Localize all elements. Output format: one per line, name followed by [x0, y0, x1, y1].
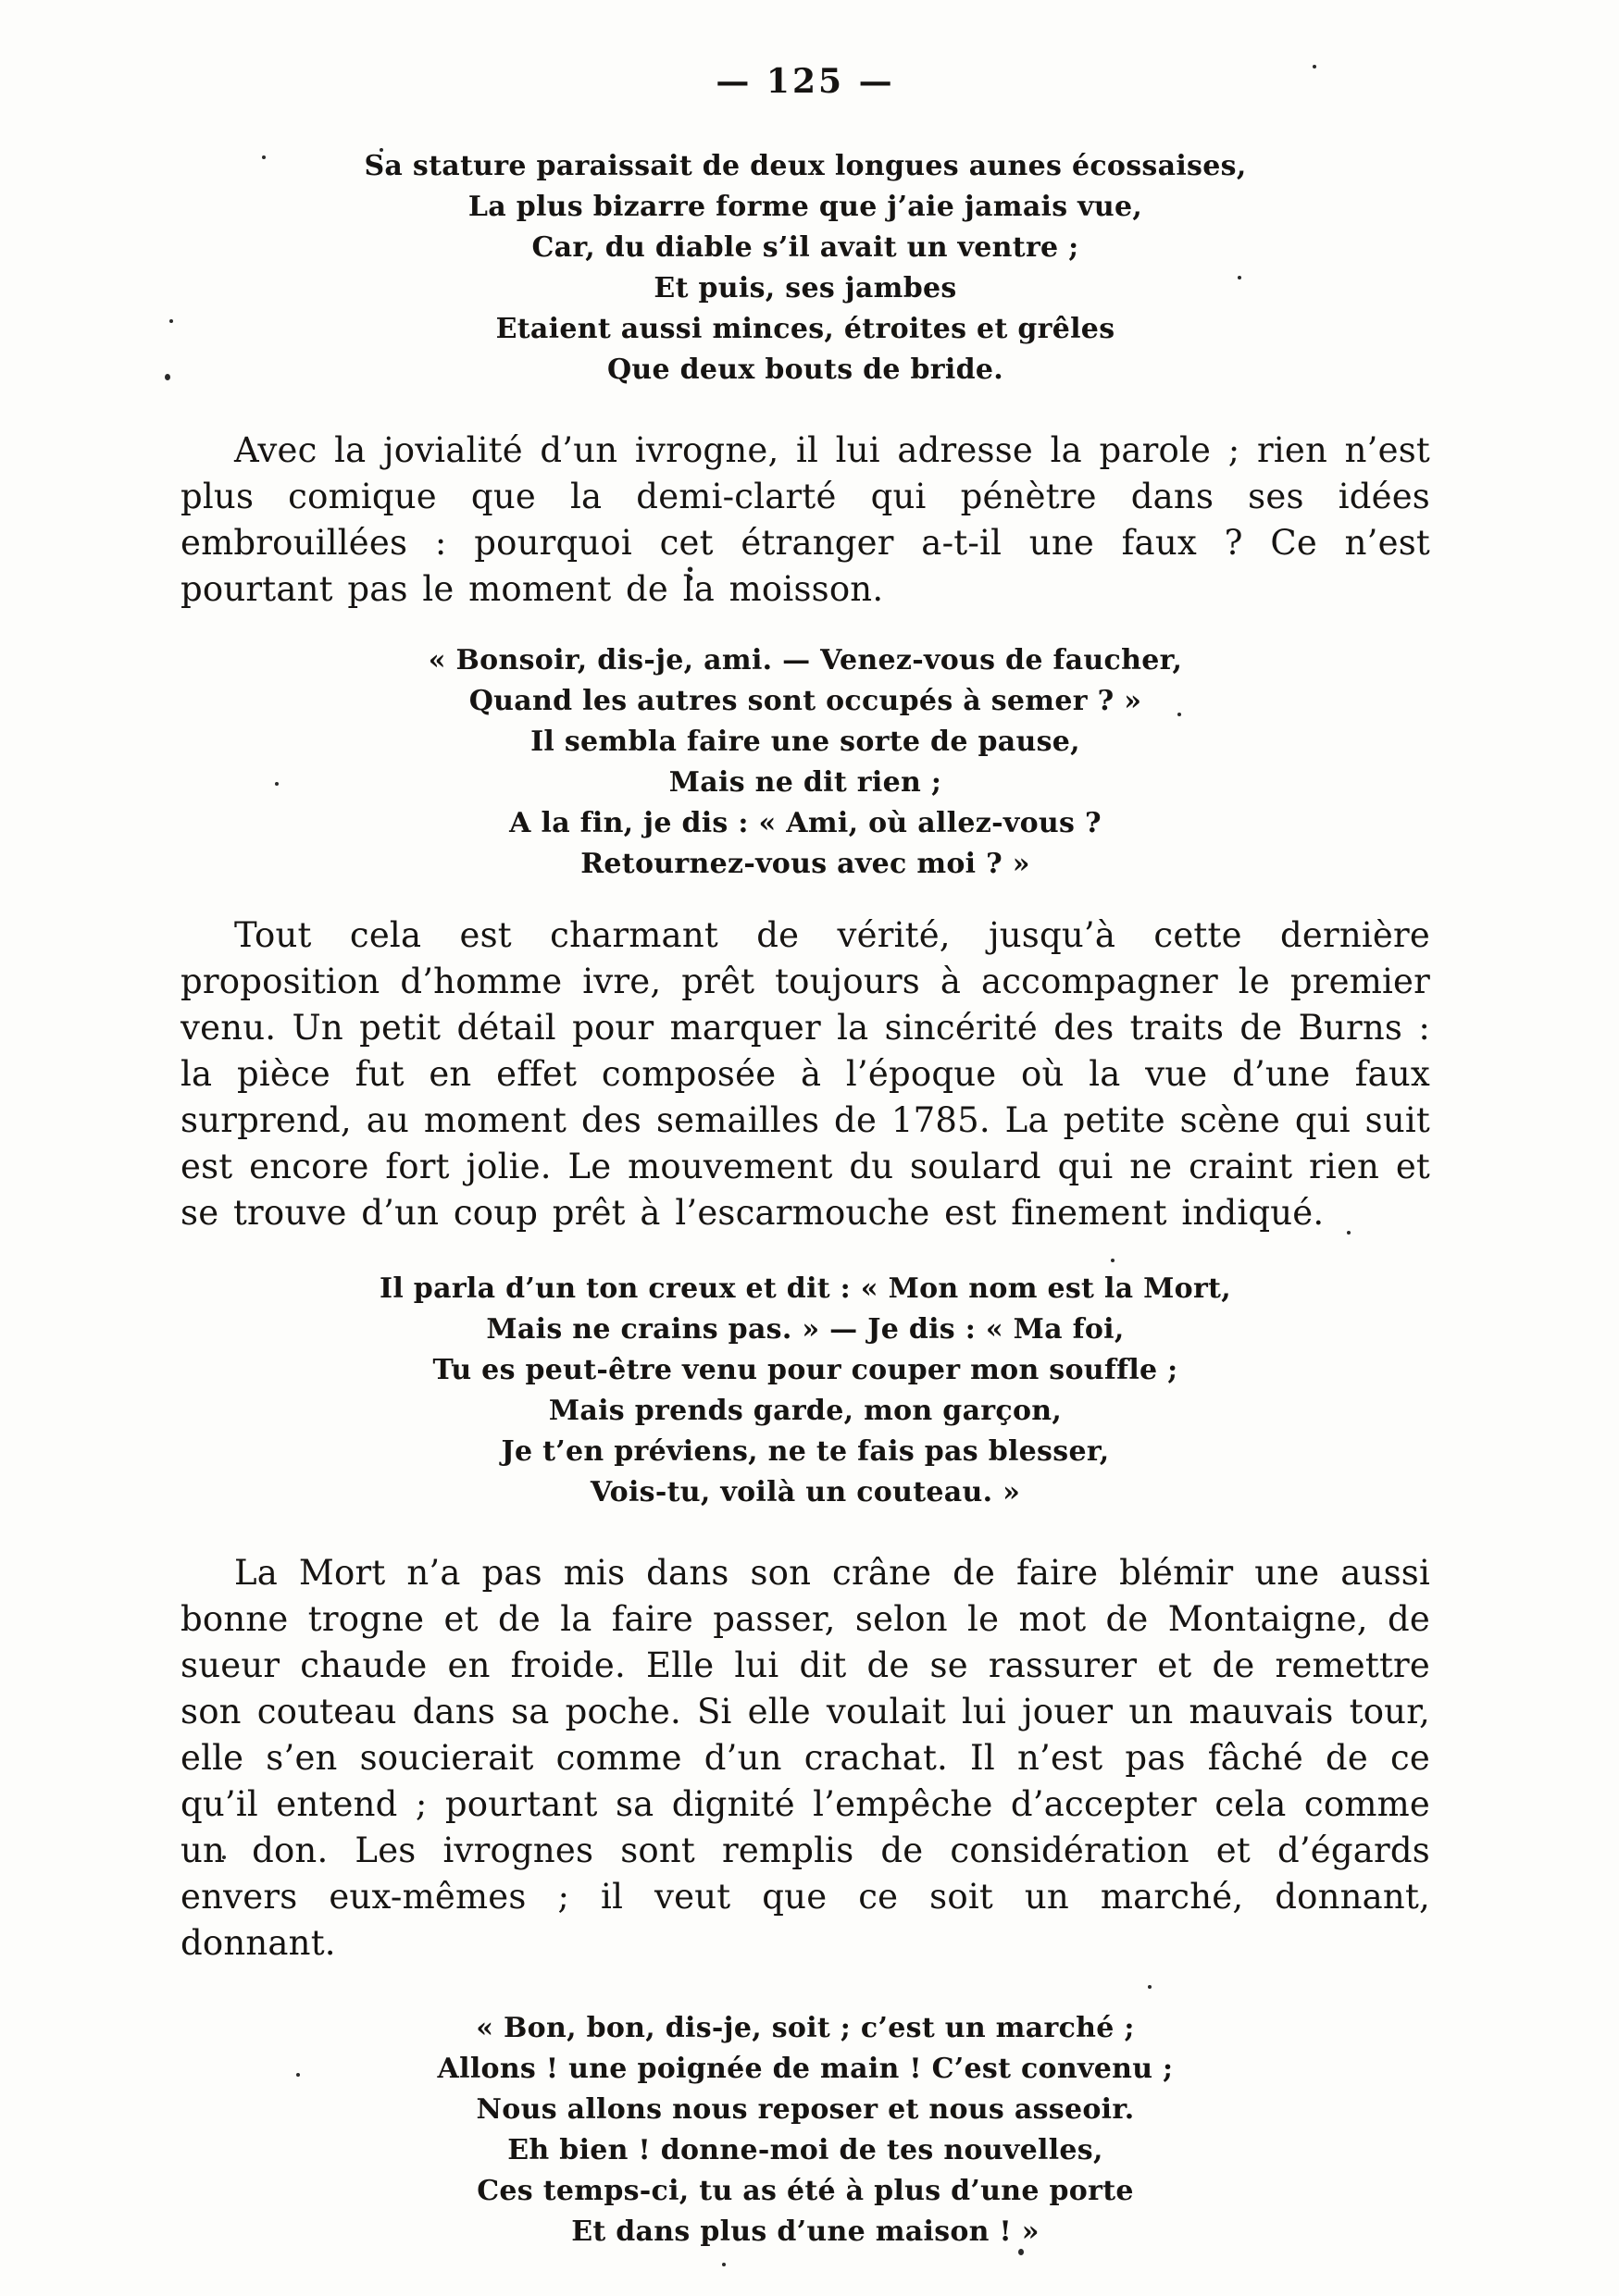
scan-speck	[165, 374, 170, 380]
paragraph-3: La Mort n’a pas mis dans son crâne de fa…	[181, 1550, 1430, 1967]
verse-line: Retournez-vous avec moi ? »	[181, 844, 1430, 885]
verse-line: Quand les autres sont occupés à semer ? …	[181, 681, 1430, 722]
verse-block-1: Sa stature paraissait de deux longues au…	[181, 146, 1430, 391]
verse-block-4: « Bon, bon, dis-je, soit ; c’est un marc…	[181, 2008, 1430, 2253]
paragraph-2: Tout cela est charmant de vérité, jusqu’…	[181, 912, 1430, 1236]
scan-speck	[262, 155, 266, 159]
verse-line: A la fin, je dis : « Ami, où allez-vous …	[181, 803, 1430, 844]
verse-line: Allons ! une poignée de main ! C’est con…	[181, 2049, 1430, 2090]
verse-line: Ces temps-ci, tu as été à plus d’une por…	[181, 2171, 1430, 2212]
scan-speck	[1177, 713, 1181, 716]
scan-speck	[1018, 2249, 1024, 2255]
scan-speck	[1347, 1231, 1351, 1235]
verse-line: Mais ne dit rien ;	[181, 763, 1430, 803]
scan-speck	[169, 319, 173, 323]
scan-speck	[222, 1855, 226, 1859]
verse-line: Etaient aussi minces, étroites et grêles	[181, 309, 1430, 350]
verse-line: « Bon, bon, dis-je, soit ; c’est un marc…	[181, 2008, 1430, 2049]
verse-line: La plus bizarre forme que j’aie jamais v…	[181, 187, 1430, 228]
verse-block-3: Il parla d’un ton creux et dit : « Mon n…	[181, 1269, 1430, 1513]
scan-speck	[296, 2073, 300, 2077]
scan-speck	[1148, 1985, 1152, 1989]
verse-line: Il parla d’un ton creux et dit : « Mon n…	[181, 1269, 1430, 1309]
verse-line: Que deux bouts de bride.	[181, 350, 1430, 391]
verse-line: Je t’en préviens, ne te fais pas blesser…	[181, 1432, 1430, 1472]
scan-speck	[1111, 1259, 1115, 1262]
verse-line: Et puis, ses jambes	[181, 268, 1430, 309]
verse-line: « Bonsoir, dis-je, ami. — Venez-vous de …	[181, 640, 1430, 681]
verse-line: Nous allons nous reposer et nous asseoir…	[181, 2090, 1430, 2130]
scan-speck	[1313, 65, 1316, 68]
scan-speck-colon: :	[685, 555, 695, 588]
verse-line: Vois-tu, voilà un couteau. »	[181, 1472, 1430, 1513]
verse-line: Sa stature paraissait de deux longues au…	[181, 146, 1430, 187]
verse-line: Mais prends garde, mon garçon,	[181, 1391, 1430, 1432]
verse-line: Il sembla faire une sorte de pause,	[181, 722, 1430, 763]
scan-speck	[722, 2263, 726, 2266]
verse-line: Tu es peut-être venu pour couper mon sou…	[181, 1350, 1430, 1391]
verse-block-2: « Bonsoir, dis-je, ami. — Venez-vous de …	[181, 640, 1430, 885]
scan-speck	[275, 782, 279, 786]
page-number: — 125 —	[181, 61, 1430, 102]
scan-speck	[380, 148, 383, 152]
verse-line: Mais ne crains pas. » — Je dis : « Ma fo…	[181, 1309, 1430, 1350]
verse-line: Car, du diable s’il avait un ventre ;	[181, 228, 1430, 268]
verse-line: Eh bien ! donne-moi de tes nouvelles,	[181, 2130, 1430, 2171]
scanned-book-page: — 125 — Sa stature paraissait de deux lo…	[0, 0, 1619, 2296]
scan-speck	[1238, 276, 1241, 279]
verse-line: Et dans plus d’une maison ! »	[181, 2212, 1430, 2253]
paragraph-1: Avec la jovialité d’un ivrogne, il lui a…	[181, 428, 1430, 613]
